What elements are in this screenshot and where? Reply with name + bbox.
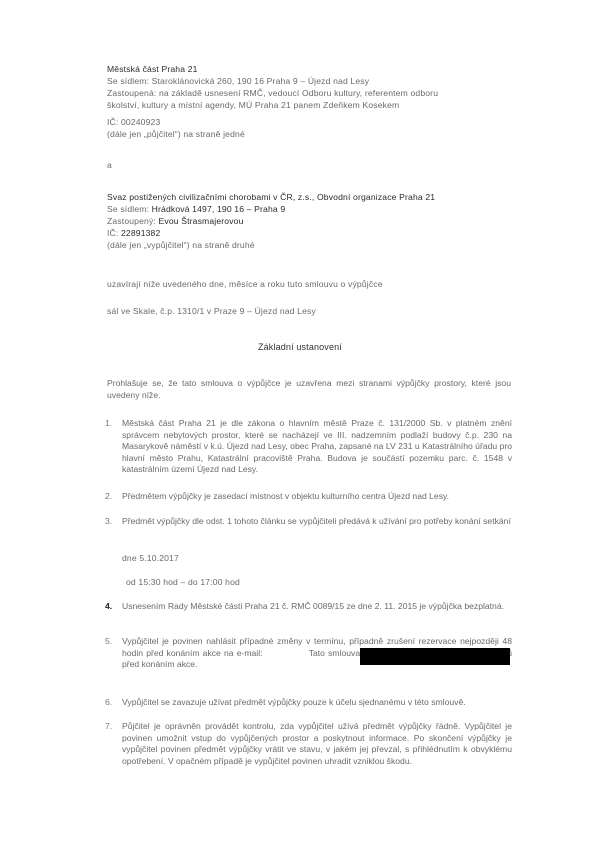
party2-represented-label: Zastoupený:: [107, 216, 156, 226]
party2-represented: Evou Štrasmajerovou: [159, 216, 244, 226]
intro-line-2: sál ve Skale, č.p. 1310/1 v Praze 9 – Új…: [107, 306, 316, 316]
item-2-text: Předmětem výpůjčky je zasedací místnost …: [122, 491, 512, 503]
item-3-time: od 15:30 hod – do 17:00 hod: [126, 577, 240, 587]
section-title: Základní ustanovení: [258, 342, 342, 352]
item-6-text: Vypůjčitel se zavazuje užívat předmět vý…: [122, 697, 512, 709]
party1-role: (dále jen „půjčitel“) na straně jedné: [107, 129, 245, 139]
item-4-number: 4.: [105, 601, 112, 613]
item-3-number: 3.: [105, 516, 112, 528]
item-1-number: 1.: [105, 418, 112, 430]
party2-ico-row: IČ: 22891382: [107, 228, 160, 238]
item-2-number: 2.: [105, 491, 112, 503]
party2-name: Svaz postižených civilizačními chorobami…: [107, 192, 435, 202]
conjunction: a: [107, 160, 112, 170]
item-6-number: 6.: [105, 697, 112, 709]
item-7-text: Půjčitel je oprávněn provádět kontrolu, …: [122, 721, 512, 767]
item-4-text: Usnesením Rady Městské části Praha 21 č.…: [122, 601, 512, 613]
party2-seat-row: Se sídlem: Hrádková 1497, 190 16 – Praha…: [107, 204, 285, 214]
party2-role: (dále jen „vypůjčitel“) na straně druhé: [107, 240, 255, 250]
party1-name: Městská část Praha 21: [107, 64, 198, 74]
party2-seat-label: Se sídlem:: [107, 204, 149, 214]
item-3-date: dne 5.10.2017: [122, 553, 179, 563]
item-1-text: Městská část Praha 21 je dle zákona o hl…: [122, 418, 512, 476]
redaction-box: [360, 648, 510, 665]
party2-ico: 22891382: [121, 228, 160, 238]
intro-line: uzavírají níže uvedeného dne, měsíce a r…: [107, 279, 383, 289]
party2-ico-label: IČ:: [107, 228, 118, 238]
party2-represented-row: Zastoupený: Evou Štrasmajerovou: [107, 216, 244, 226]
preamble: Prohlašuje se, že tato smlouva o výpůjčc…: [107, 378, 511, 401]
party1-signed-by: školství, kultury a místní agendy, MÚ Pr…: [107, 100, 399, 110]
item-3-text: Předmět výpůjčky dle odst. 1 tohoto člán…: [122, 516, 512, 528]
party1-seat: Se sídlem: Staroklánovická 260, 190 16 P…: [107, 76, 369, 86]
item-5-number: 5.: [105, 636, 112, 648]
party1-ico: IČ: 00240923: [107, 117, 160, 127]
document-page: Městská část Praha 21 Se sídlem: Starokl…: [0, 0, 596, 842]
party1-represented: Zastoupená: na základě usnesení RMČ, ved…: [107, 88, 438, 98]
item-7-number: 7.: [105, 721, 112, 733]
party2-seat: Hrádková 1497, 190 16 – Praha 9: [152, 204, 286, 214]
